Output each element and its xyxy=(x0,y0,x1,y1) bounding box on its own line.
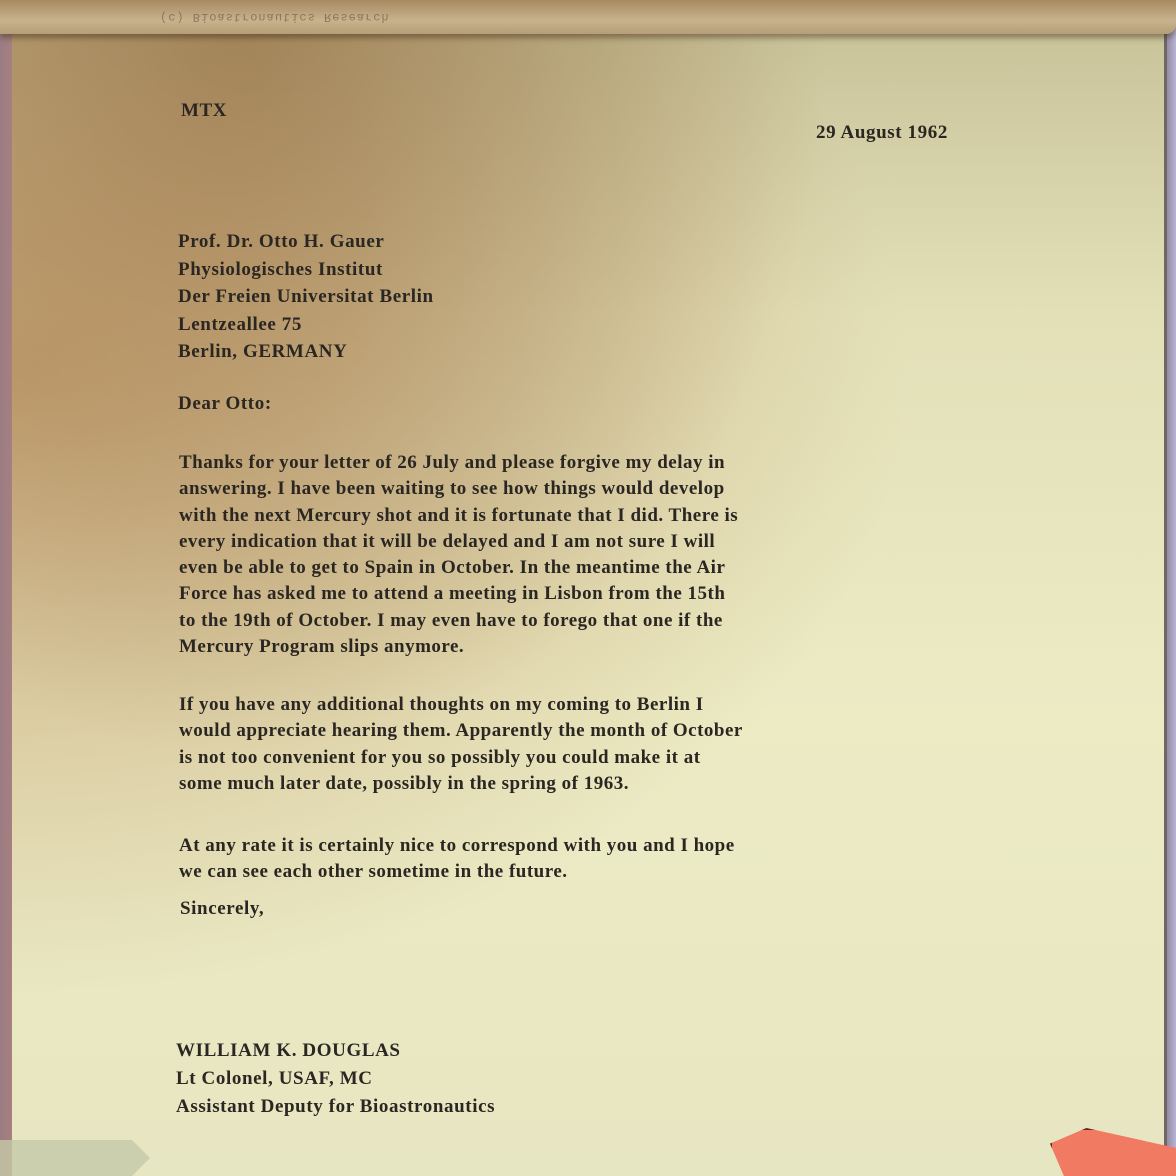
paragraph-line: every indication that it will be delayed… xyxy=(179,529,738,555)
paragraph-line: At any rate it is certainly nice to corr… xyxy=(179,833,735,859)
closing: Sincerely, xyxy=(180,898,264,920)
paragraph-line: answering. I have been waiting to see ho… xyxy=(179,476,738,502)
address-line: Prof. Dr. Otto H. Gauer xyxy=(178,228,434,256)
signer-name: WILLIAM K. DOUGLAS xyxy=(176,1037,495,1065)
signer-rank: Lt Colonel, USAF, MC xyxy=(176,1065,495,1093)
paragraph-line: Thanks for your letter of 26 July and pl… xyxy=(179,450,738,476)
paragraph-line: would appreciate hearing them. Apparentl… xyxy=(179,718,743,744)
paragraph-line: Force has asked me to attend a meeting i… xyxy=(179,581,738,607)
signer-title: Assistant Deputy for Bioastronautics xyxy=(176,1093,495,1121)
paragraph-line: some much later date, possibly in the sp… xyxy=(179,771,743,797)
letter-date: 29 August 1962 xyxy=(816,122,948,144)
body-paragraph-2: If you have any additional thoughts on m… xyxy=(179,692,743,797)
address-line: Lentzeallee 75 xyxy=(178,311,434,339)
address-line: Physiologisches Institut xyxy=(178,256,434,284)
reference-code: MTX xyxy=(181,100,227,122)
address-line: Der Freien Universitat Berlin xyxy=(178,283,434,311)
body-paragraph-3: At any rate it is certainly nice to corr… xyxy=(179,833,735,886)
address-line: Berlin, GERMANY xyxy=(178,338,434,366)
paragraph-line: we can see each other sometime in the fu… xyxy=(179,859,735,885)
previous-page-bleed-text: (c) Bioastronautics Research xyxy=(160,10,390,24)
recipient-address: Prof. Dr. Otto H. Gauer Physiologisches … xyxy=(178,228,434,366)
paragraph-line: even be able to get to Spain in October.… xyxy=(179,555,738,581)
body-paragraph-1: Thanks for your letter of 26 July and pl… xyxy=(179,450,738,660)
paragraph-line: Mercury Program slips anymore. xyxy=(179,634,738,660)
salutation: Dear Otto: xyxy=(178,393,272,415)
paragraph-line: is not too convenient for you so possibl… xyxy=(179,745,743,771)
index-tab-left xyxy=(0,1140,150,1176)
paragraph-line: with the next Mercury shot and it is for… xyxy=(179,503,738,529)
paragraph-line: to the 19th of October. I may even have … xyxy=(179,608,738,634)
paragraph-line: If you have any additional thoughts on m… xyxy=(179,692,743,718)
signature-block: WILLIAM K. DOUGLAS Lt Colonel, USAF, MC … xyxy=(176,1037,495,1121)
previous-page-fold: (c) Bioastronautics Research xyxy=(0,0,1176,34)
